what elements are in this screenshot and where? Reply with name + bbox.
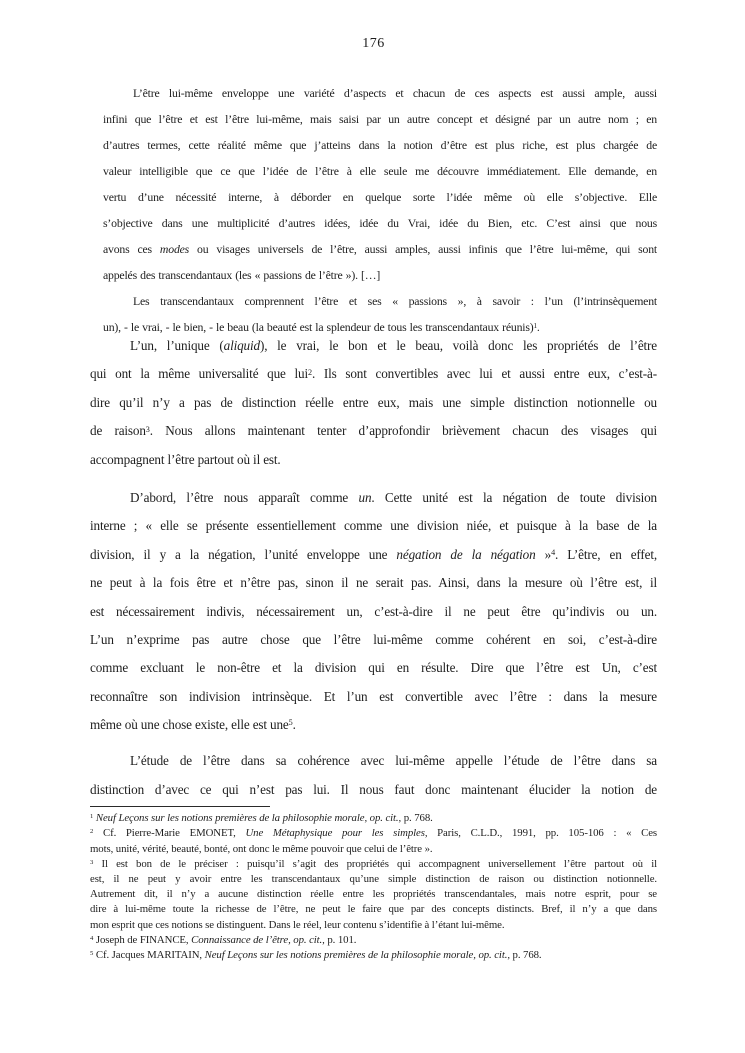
text-line: L’un, l’unique (aliquid), le vrai, le bo…	[90, 332, 657, 360]
text-segment: interne ; « elle se présente essentielle…	[90, 518, 657, 533]
footnote-reference: 2	[308, 368, 312, 377]
text-line: comme excluant le non-être et la divisio…	[90, 654, 657, 682]
text-segment: L’être lui-même enveloppe une variété d’…	[133, 86, 657, 100]
text-segment: même où une chose existe, elle est une	[90, 717, 289, 732]
footnote: 4 Joseph de FINANCE, Connaissance de l’ê…	[90, 933, 657, 948]
footnote-reference: 4	[551, 548, 555, 557]
text-line: s’objective dans une multiplicité d’autr…	[103, 210, 657, 236]
italic-text: Neuf Leçons sur les notions premières de…	[205, 949, 510, 961]
text-segment: ), le vrai, le bon et le beau, voilà don…	[260, 338, 657, 353]
footnote-reference: 4	[90, 935, 93, 942]
text-segment: p. 768.	[401, 812, 433, 824]
text-segment: L’un n’exprime pas autre chose que l’êtr…	[90, 632, 657, 647]
text-segment: Cf. Pierre-Marie EMONET,	[93, 827, 245, 839]
text-segment: dire qu’il n’y a pas de distinction réel…	[90, 395, 657, 410]
text-segment: L’un, l’unique (	[130, 338, 224, 353]
text-line: mon esprit que ces notions se distinguen…	[90, 918, 657, 933]
text-line: reconnaître son indivision intrinsèque. …	[90, 683, 657, 711]
body-paragraph: L’un, l’unique (aliquid), le vrai, le bo…	[90, 332, 657, 474]
text-line: valeur intelligible que ce que l’idée de…	[103, 158, 657, 184]
body-paragraph: L’étude de l’être dans sa cohérence avec…	[90, 747, 657, 804]
document-page: 176 L’être lui-même enveloppe une variét…	[0, 0, 745, 1053]
text-segment: p. 768.	[510, 949, 542, 961]
text-segment: Joseph de FINANCE,	[93, 934, 191, 946]
text-line: mots, unité, vérité, beauté, bonté, ont …	[90, 842, 657, 857]
footnote: 2 Cf. Pierre-Marie EMONET, Une Métaphysi…	[90, 826, 657, 856]
italic-text: modes	[160, 242, 189, 256]
text-segment: vertu d’une nécessité interne, à déborde…	[103, 190, 657, 204]
text-segment: ou visages universels de l’être, aussi a…	[189, 242, 657, 256]
text-segment: . Cette unité est la négation de toute d…	[371, 490, 657, 505]
text-line: distinction d’avec ce qui n’est pas lui.…	[90, 776, 657, 804]
text-segment: ne peut à la fois être et n’être pas, si…	[90, 575, 657, 590]
text-segment: . L’être, en effet,	[555, 547, 657, 562]
footnote-reference: 1	[90, 813, 93, 820]
text-segment: reconnaître son indivision intrinsèque. …	[90, 689, 657, 704]
body-text: L’un, l’unique (aliquid), le vrai, le bo…	[90, 332, 657, 804]
footnote-reference: 2	[90, 828, 93, 835]
text-segment: qui ont la même universalité que lui	[90, 366, 308, 381]
text-segment: avons ces	[103, 242, 160, 256]
footnote: 5 Cf. Jacques MARITAIN, Neuf Leçons sur …	[90, 948, 657, 963]
text-segment: division, il y a la négation, l’unité en…	[90, 547, 396, 562]
text-line: accompagnent l’être partout où il est.	[90, 446, 657, 474]
text-line: est nécessairement indivis, nécessaireme…	[90, 598, 657, 626]
footnote: 1 Neuf Leçons sur les notions premières …	[90, 811, 657, 826]
text-line: 5 Cf. Jacques MARITAIN, Neuf Leçons sur …	[90, 948, 657, 963]
footnote-reference: 3	[146, 425, 150, 434]
footnote: 3 Il est bon de le préciser : puisqu’il …	[90, 857, 657, 933]
text-line: Les transcendantaux comprennent l’être e…	[103, 288, 657, 314]
text-line: division, il y a la négation, l’unité en…	[90, 541, 657, 569]
text-segment: d’autres termes, cette réalité même que …	[103, 138, 657, 152]
text-segment: Paris, C.L.D., 1991, pp. 105-106 : « Ces	[427, 827, 657, 839]
text-segment: de raison	[90, 423, 146, 438]
footnote-separator-rule	[90, 806, 270, 807]
text-line: appelés des transcendantaux (les « passi…	[103, 262, 657, 288]
text-line: 1 Neuf Leçons sur les notions premières …	[90, 811, 657, 826]
footnote-reference: 5	[289, 718, 293, 727]
italic-text: Neuf Leçons sur les notions premières de…	[93, 812, 401, 824]
block-quote: L’être lui-même enveloppe une variété d’…	[103, 80, 657, 340]
text-segment: est, il ne peut y avoir entre les transc…	[90, 873, 657, 885]
text-segment: .	[293, 717, 296, 732]
text-segment: valeur intelligible que ce que l’idée de…	[103, 164, 657, 178]
text-segment: mon esprit que ces notions se distinguen…	[90, 919, 504, 931]
text-segment: s’objective dans une multiplicité d’autr…	[103, 216, 657, 230]
text-line: avons ces modes ou visages universels de…	[103, 236, 657, 262]
text-segment: . Nous allons maintenant tenter d’approf…	[150, 423, 657, 438]
text-line: même où une chose existe, elle est une5.	[90, 711, 657, 739]
text-line: vertu d’une nécessité interne, à déborde…	[103, 184, 657, 210]
text-segment: Cf. Jacques MARITAIN,	[93, 949, 204, 961]
italic-text: aliquid	[224, 338, 260, 353]
text-line: est, il ne peut y avoir entre les transc…	[90, 872, 657, 887]
text-line: interne ; « elle se présente essentielle…	[90, 512, 657, 540]
italic-text: Connaissance de l’être, op. cit.,	[191, 934, 325, 946]
body-paragraph: D’abord, l’être nous apparaît comme un. …	[90, 484, 657, 740]
footnote-reference: 1	[533, 321, 536, 330]
text-segment: Autrement dit, il n’y a aucune distincti…	[90, 888, 657, 900]
text-segment: »	[536, 547, 552, 562]
page-number: 176	[90, 36, 657, 52]
text-segment: distinction d’avec ce qui n’est pas lui.…	[90, 782, 657, 797]
text-line: L’être lui-même enveloppe une variété d’…	[103, 80, 657, 106]
text-segment: . Ils sont convertibles avec lui et auss…	[312, 366, 657, 381]
text-segment: dire à lui-même toute la richesse de l’ê…	[90, 903, 657, 915]
text-line: Autrement dit, il n’y a aucune distincti…	[90, 887, 657, 902]
text-segment: comme excluant le non-être et la divisio…	[90, 660, 657, 675]
text-segment: est nécessairement indivis, nécessaireme…	[90, 604, 657, 619]
text-line: L’étude de l’être dans sa cohérence avec…	[90, 747, 657, 775]
text-line: infini que l’être et est l’être lui-même…	[103, 106, 657, 132]
text-line: d’autres termes, cette réalité même que …	[103, 132, 657, 158]
text-line: 2 Cf. Pierre-Marie EMONET, Une Métaphysi…	[90, 826, 657, 841]
text-segment: infini que l’être et est l’être lui-même…	[103, 112, 657, 126]
text-segment: accompagnent l’être partout où il est.	[90, 452, 281, 467]
text-line: 4 Joseph de FINANCE, Connaissance de l’ê…	[90, 933, 657, 948]
text-segment: mots, unité, vérité, beauté, bonté, ont …	[90, 843, 433, 855]
italic-text: Une Métaphysique pour les simples,	[245, 827, 427, 839]
text-line: D’abord, l’être nous apparaît comme un. …	[90, 484, 657, 512]
footnote-reference: 5	[90, 950, 93, 957]
text-line: dire à lui-même toute la richesse de l’ê…	[90, 902, 657, 917]
text-segment: L’étude de l’être dans sa cohérence avec…	[130, 753, 657, 768]
text-line: ne peut à la fois être et n’être pas, si…	[90, 569, 657, 597]
text-line: L’un n’exprime pas autre chose que l’êtr…	[90, 626, 657, 654]
text-line: de raison3. Nous allons maintenant tente…	[90, 417, 657, 445]
footnote-reference: 3	[90, 859, 93, 866]
text-line: 3 Il est bon de le préciser : puisqu’il …	[90, 857, 657, 872]
text-line: dire qu’il n’y a pas de distinction réel…	[90, 389, 657, 417]
text-segment: D’abord, l’être nous apparaît comme	[130, 490, 359, 505]
text-segment: Les transcendantaux comprennent l’être e…	[133, 294, 657, 308]
footnotes: 1 Neuf Leçons sur les notions premières …	[90, 811, 657, 963]
italic-text: un	[359, 490, 372, 505]
quote-paragraph: L’être lui-même enveloppe une variété d’…	[103, 80, 657, 288]
text-segment: p. 101.	[325, 934, 357, 946]
italic-text: négation de la négation	[396, 547, 535, 562]
text-segment: appelés des transcendantaux (les « passi…	[103, 268, 380, 282]
text-line: qui ont la même universalité que lui2. I…	[90, 360, 657, 388]
text-segment: Il est bon de le préciser : puisqu’il s’…	[93, 858, 657, 870]
